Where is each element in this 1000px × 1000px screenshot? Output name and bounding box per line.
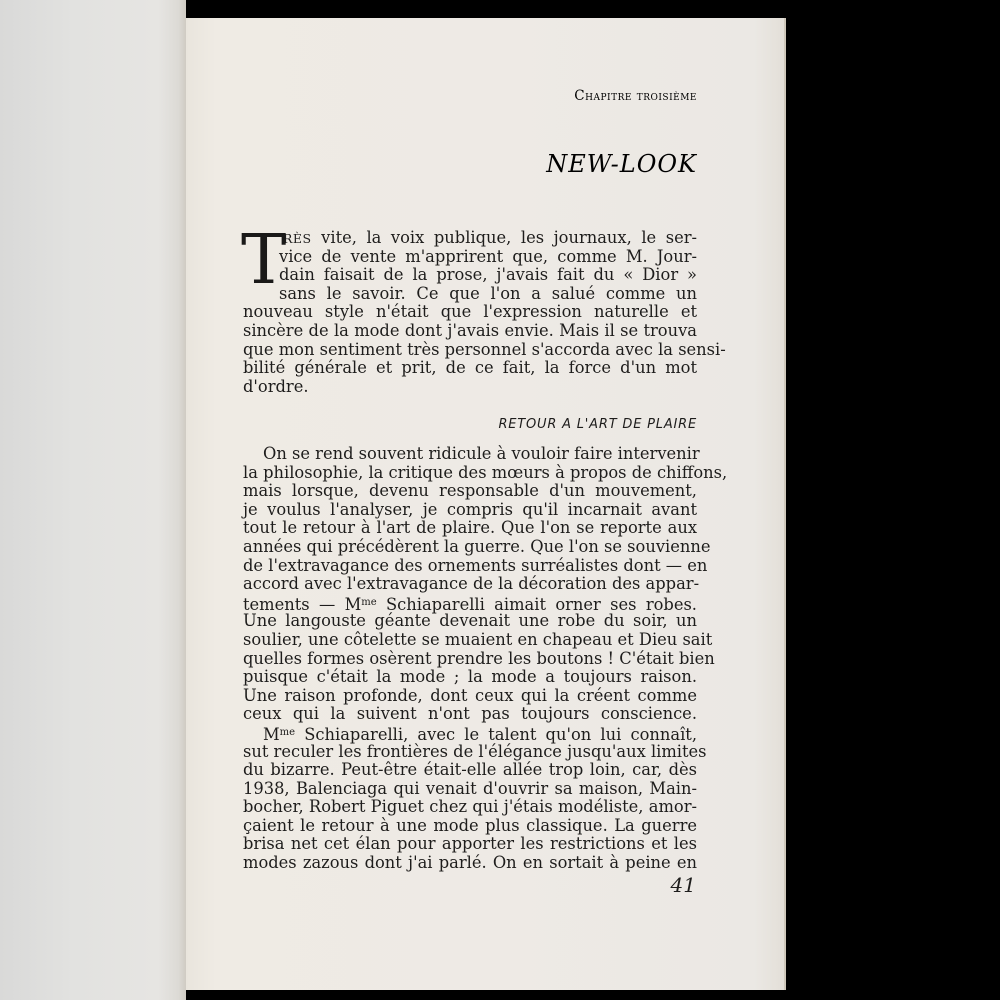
text-line: bocher, Robert Piguet chez qui j'étais m… [243, 798, 697, 817]
section-heading: RETOUR A L'ART DE PLAIRE [498, 417, 697, 432]
drop-cap: T [241, 227, 286, 295]
right-page: Chapitre troisième NEW-LOOK T rès vite, … [186, 18, 786, 990]
paragraph-1: T rès vite, la voix publique, les journa… [243, 229, 697, 396]
text-line: tements — Mme Schiaparelli aimait orner … [243, 594, 697, 613]
text-line: tout le retour à l'art de plaire. Que l'… [243, 519, 697, 538]
text-line: accord avec l'extravagance de la décorat… [243, 575, 697, 594]
background-top [186, 0, 786, 18]
text-line: de l'extravagance des ornements surréali… [243, 557, 697, 576]
text-line: dain faisait de la prose, j'avais fait d… [243, 266, 697, 285]
text-line: soulier, une côtelette se muaient en cha… [243, 631, 697, 650]
text-line: mais lorsque, devenu responsable d'un mo… [243, 482, 697, 501]
text-line: sut reculer les frontières de l'élégance… [243, 743, 697, 762]
paragraph-2: On se rend souvent ridicule à vouloir fa… [243, 445, 697, 873]
text-line: 1938, Balenciaga qui venait d'ouvrir sa … [243, 780, 697, 799]
text-line: rès vite, la voix publique, les journaux… [243, 229, 697, 248]
text-line: puisque c'était la mode ; la mode a touj… [243, 668, 697, 687]
text-line: bilité générale et prit, de ce fait, la … [243, 359, 697, 378]
text-line: quelles formes osèrent prendre les bouto… [243, 650, 697, 669]
text-line: années qui précédèrent la guerre. Que l'… [243, 538, 697, 557]
chapter-title: NEW-LOOK [546, 150, 697, 178]
text-line: sans le savoir. Ce que l'on a salué comm… [243, 285, 697, 304]
text-line: On se rend souvent ridicule à vouloir fa… [243, 445, 697, 464]
text-line: Une langouste géante devenait une robe d… [243, 612, 697, 631]
text-line: du bizarre. Peut-être était-elle allée t… [243, 761, 697, 780]
chapter-label: Chapitre troisième [574, 88, 697, 104]
left-page-blank [0, 0, 186, 1000]
text-line: d'ordre. [243, 378, 697, 397]
opening-small-caps: rès [283, 231, 312, 246]
text-line: que mon sentiment très personnel s'accor… [243, 341, 697, 360]
text-line: la philosophie, la critique des mœurs à … [243, 464, 697, 483]
text-line: vice de vente m'apprirent que, comme M. … [243, 248, 697, 267]
text-line: nouveau style n'était que l'expression n… [243, 303, 697, 322]
text-line: Une raison profonde, dont ceux qui la cr… [243, 687, 697, 706]
text-line: sincère de la mode dont j'avais envie. M… [243, 322, 697, 341]
text-line: ceux qui la suivent n'ont pas toujours c… [243, 705, 697, 724]
page-number: 41 [671, 873, 696, 897]
text-line: modes zazous dont j'ai parlé. On en sort… [243, 854, 697, 873]
text-line: Mme Schiaparelli, avec le talent qu'on l… [243, 724, 697, 743]
text-line: brisa net cet élan pour apporter les res… [243, 835, 697, 854]
text-line: je voulus l'analyser, je compris qu'il i… [243, 501, 697, 520]
text-line: çaient le retour à une mode plus classiq… [243, 817, 697, 836]
